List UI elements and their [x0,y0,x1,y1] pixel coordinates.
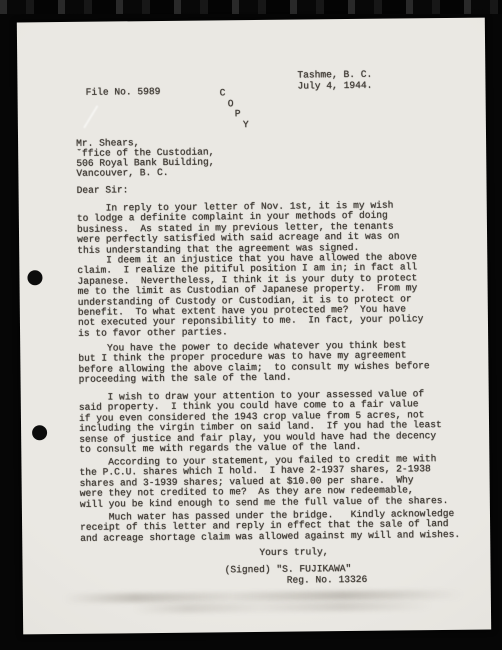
hole-punch-bottom [32,425,47,440]
paragraph-1: In reply to your letter of Nov. 1st, it … [77,200,400,255]
letter-page: File No. 5989 Tashme, B. C. July 4, 1944… [17,18,491,635]
hole-punch-top [27,270,42,285]
paragraph-3: You have the power to decide whatever yo… [78,340,430,385]
film-edge-texture [0,0,502,14]
recipient-city: Vancouver, B. C. [76,168,168,179]
bleed-through-smudge [133,601,433,613]
body-line: is to favor other parties. [78,325,424,339]
file-number: File No. 5989 [85,87,160,98]
paragraph-6: Much water has passed under the bridge. … [80,509,460,544]
salutation: Dear Sir: [77,185,129,196]
paragraph-4: I wish to draw your attention to your as… [79,389,442,455]
paper-scratch [83,105,98,128]
body-line: proceeding with the sale of the land. [79,371,430,385]
copy-letter-p: P [235,109,241,119]
microfilm-scan: File No. 5989 Tashme, B. C. July 4, 1944… [0,0,502,650]
paragraph-2: I deem it an injustice that you have all… [77,252,423,339]
copy-letter-y: Y [243,120,249,130]
body-line: and acreage shortage claim was allowed a… [80,530,460,544]
paragraph-5: According to your statement, you failed … [79,454,448,510]
date-line: July 4, 1944. [297,81,372,92]
closing: Yours truly, [259,547,328,558]
copy-letter-c: C [220,88,226,98]
registration-number: Reg. No. 13326 [287,575,368,586]
copy-letter-o: O [228,99,234,109]
